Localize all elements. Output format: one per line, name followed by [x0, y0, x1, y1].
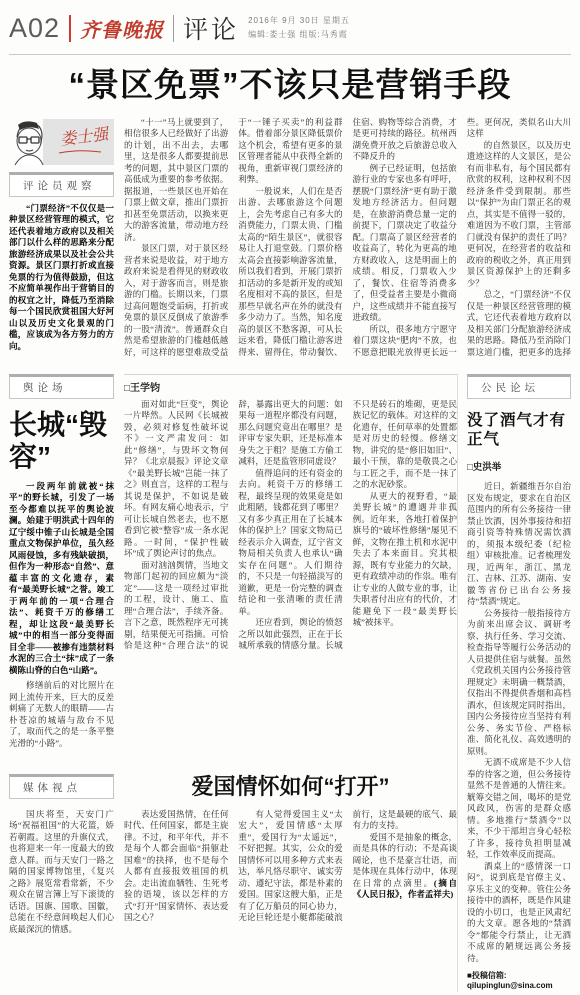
date-line: 2016年 9月 30日 星期五: [248, 14, 350, 28]
lead-paragraph: “十一”马上就要到了，相信很多人已经做好了出游的计划，出不出去，去哪里，这是很多…: [124, 117, 228, 244]
citizen-paragraph: 近日，新疆维吾尔自治区发布规定，要求在自治区范围内的所有公务接待一律禁止饮酒，因…: [467, 481, 571, 608]
citizen-paragraph: 酒桌上的“感情深一口闷”，说到底是官僚主义、享乐主义的变种。管住公务接待中的酒杯…: [467, 861, 571, 964]
section-name: 评论: [183, 10, 239, 46]
staff-line: 编辑:娄士强 组版:马秀霞: [248, 28, 350, 42]
media-headline: 爱国情怀如何“打开”: [124, 774, 457, 800]
page-header: A02 齐鲁晚报 评论 2016年 9月 30日 星期五 编辑:娄士强 组版:马…: [9, 6, 571, 55]
wall-intro-more: 修缮前后的对比照片在网上流传开来，巨大的反差刺痛了无数人的眼睛——古朴苍凉的城墙…: [9, 680, 114, 749]
media-paragraph: 表达爱国热情，在任何时代、任何国家，都是主旋律。不过，和平年代，并不是每个人都会…: [124, 809, 228, 924]
wall-body: 面对如此“巨变”，舆论一片哗然。人民网《长城被毁，必须对修复性破坏说不》一文严肃…: [124, 399, 457, 751]
media-article: 媒体视点 国庆将至，天安门广场“祝福祖国”的大花篮，娇若朝霞。这里的升旗仪式，也…: [9, 774, 457, 979]
lead-paragraph: 的自然景区，以及历史遗迹这样的人文景区，是公有而非私有，每个国民都有欣赏的权利，…: [467, 140, 571, 290]
citizen-article: 公民论坛 没了酒气才有正气 □史洪举 近日，新疆维吾尔自治区发布规定，要求在自治…: [457, 374, 571, 992]
citizen-paragraph: 公务接待一般指接待方为前来出席会议、调研考察、执行任务、学习交流、检查指导等履行…: [467, 608, 571, 758]
page-number: A02: [9, 13, 60, 44]
gray-divider: [173, 15, 174, 42]
citizen-byline: □史洪举: [467, 459, 571, 473]
lead-paragraph: 例子已经证明，包括旅游行业的专家也多有呼吁，摆脱“门票经济”更有助于激发地方经济…: [353, 163, 457, 324]
media-paragraph: 爱国不是抽象的概念，而是具体的行动；不是高谈阔论，也不是豪言壮语，而是体现在具体…: [353, 832, 457, 901]
column-label: 评论员观察: [9, 172, 114, 197]
wall-intro: 一段两年前就被“抹平”的野长城，引发了一场至今都难以抚平的舆论波澜。始建于明洪武…: [9, 481, 114, 677]
lead-body: “十一”马上就要到了，相信很多人已经做好了出游的计划，出不出去，去哪里，这是很多…: [124, 117, 571, 362]
media-left-text: 国庆将至，天安门广场“祝福祖国”的大花篮，娇若朝霞。这里的升旗仪式，也将迎来一年…: [9, 809, 114, 936]
red-divider: [69, 15, 71, 42]
citizen-headline: 没了酒气才有正气: [467, 411, 571, 450]
lead-first-column: 娄士强 评论员观察 “门票经济”不仅仅是一种景区经营管理的模式，它还代表着地方政…: [9, 117, 114, 362]
section-label-gongminluntan: 公民论坛: [467, 374, 571, 399]
section-label-meitishidian: 媒体视点: [9, 774, 114, 799]
masthead-logo: 齐鲁晚报: [80, 14, 164, 43]
section-label-yulunchang: 舆论场: [9, 374, 114, 399]
wall-article: 舆论场 长城“毁容” 一段两年前就被“抹平”的野长城，引发了一场至今都难以抚平的…: [9, 374, 457, 764]
columnist-portrait-sketch: 娄士强: [9, 117, 114, 167]
submission-mailbox: ■投稿信箱: qilupinglun@sina.com: [467, 964, 571, 992]
lead-article: “景区免票”不该只是营销手段 娄士强: [9, 65, 571, 362]
wall-byline: □王学钧: [124, 374, 457, 394]
lead-intro: “门票经济”不仅仅是一种景区经营管理的模式，它还代表着地方政府以及相关部门以什么…: [9, 203, 114, 353]
wall-headline: 长城“毁容”: [9, 409, 114, 473]
wall-paragraph: 从更大的视野看，“最美野长城”的遭遇并非孤例。近年来，各地打着保护旗号的“破坏性…: [353, 491, 457, 629]
wall-paragraph: 值得追问的还有资金的去向。耗资千万的修缮工程，最终呈现的效果竟是如此粗陋，钱都花…: [238, 468, 342, 618]
citizen-paragraph: 无酒不成席是不少人信奉的待客之道，但公务接待显然不是普通的人情往来。觥筹交错之间…: [467, 757, 571, 861]
lead-headline: “景区免票”不该只是营销手段: [9, 65, 571, 105]
header-meta: 2016年 9月 30日 星期五 编辑:娄士强 组版:马秀霞: [248, 14, 350, 41]
newspaper-page: A02 齐鲁晚报 评论 2016年 9月 30日 星期五 编辑:娄士强 组版:马…: [0, 0, 580, 995]
media-body: 表达爱国热情，在任何时代、任何国家，都是主旋律。不过，和平年代，并不是每个人都会…: [124, 809, 457, 979]
wall-paragraph: 面对如此“巨变”，舆论一片哗然。人民网《长城被毁，必须对修复性破坏说不》一文严肃…: [124, 399, 228, 560]
columnist-cartoon: 娄士强: [9, 117, 114, 167]
citizen-body: 近日，新疆维吾尔自治区发布规定，要求在自治区范围内的所有公务接待一律禁止饮酒，因…: [467, 481, 571, 963]
